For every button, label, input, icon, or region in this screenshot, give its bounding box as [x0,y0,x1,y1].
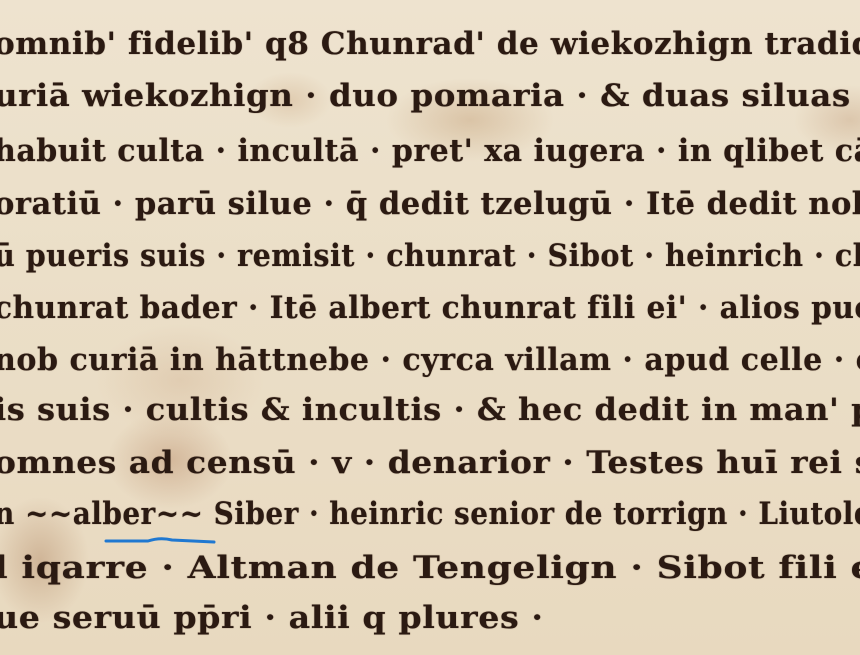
manuscript-line-1: omnib' fidelib' q8 Chunrad' de wiekozhig… [0,26,860,62]
manuscript-line-11: l iqarre · Altman de Tengelign · Sibot f… [0,550,860,586]
manuscript-line-7: nob curiā in hāttnebe · cyrca villam · a… [0,342,860,378]
manuscript-line-3: habuit culta · incultā · pret' xa iugera… [0,133,860,169]
manuscript-line-12: ue seruū pp̄ri · alii q plures · [0,600,543,636]
manuscript-text: omnib' fidelib' q8 Chunrad' de wiekozhig… [0,0,860,655]
manuscript-line-10: n ~~alber~~ Siber · heinric senior de to… [0,496,860,532]
manuscript-line-9: omnes ad censū · v · denarior · Testes h… [0,445,860,481]
manuscript-line-8: is suis · cultis & incultis · & hec dedi… [0,392,860,428]
manuscript-line-5: ū pueris suis · remisit · chunrat · Sibo… [0,238,860,274]
blue-annotation-underline [104,535,216,545]
manuscript-line-6: chunrat bader · Itē albert chunrat fili … [0,290,860,326]
manuscript-line-2: uriā wiekozhign · duo pomaria · & duas s… [0,78,860,114]
manuscript-line-4: oratiū · parū silue · q̄ dedit tzelugū ·… [0,186,860,222]
